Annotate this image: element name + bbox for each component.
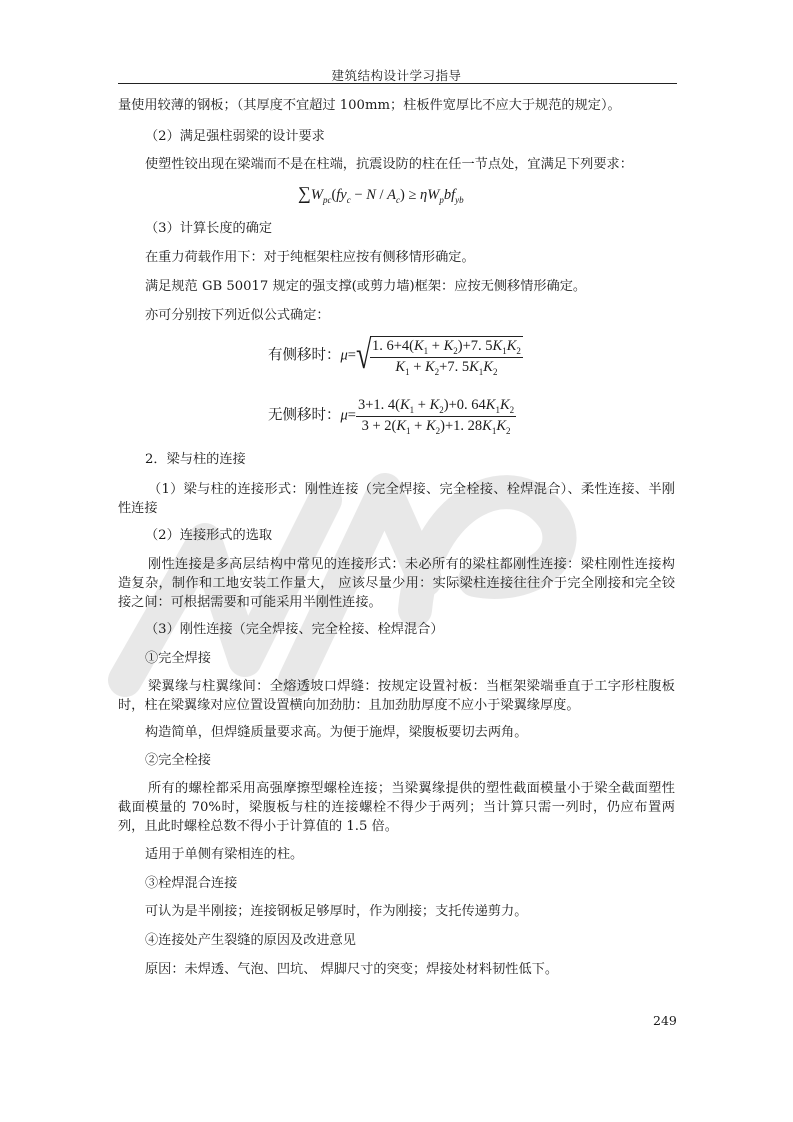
nonsway-formula: 无侧移时：μ=3+1. 4(K1 + K2)+0. 64K1K23 + 2(K1…: [268, 397, 516, 436]
sway-label: 有侧移时：: [268, 348, 341, 364]
subheading: ②完全栓接: [145, 751, 211, 770]
paragraph: 适用于单侧有梁相连的柱。: [145, 845, 303, 864]
paragraph: 构造简单，但焊缝质量要求高。为便于施焊，梁腹板要切去两角。: [145, 723, 527, 742]
paragraph: 可认为是半刚接；连接钢板足够厚时，作为刚接；支托传递剪力。: [145, 902, 527, 921]
subheading: （3）计算长度的确定: [145, 219, 272, 238]
paragraph: 使塑性铰出现在梁端而不是在柱端，抗震设防的柱在任一节点处，宜满足下列要求：: [145, 155, 633, 174]
nonsway-label: 无侧移时：: [268, 408, 341, 424]
subheading: ①完全焊接: [145, 649, 211, 668]
subheading: ④连接处产生裂缝的原因及改进意见: [145, 931, 356, 950]
paragraph: 所有的螺栓都采用高强摩擦型螺栓连接；当梁翼缘提供的塑性截面模量小于梁全截面塑性截…: [118, 779, 675, 836]
paragraph: 梁翼缘与柱翼缘间：全熔透坡口焊缝：按规定设置衬板：当框架梁端垂直于工字形柱腹板时…: [118, 677, 675, 715]
strong-column-formula: ∑Wpc(fyc − N / Ac) ≥ ηWpbfyb: [298, 183, 464, 205]
paragraph: 在重力荷载作用下：对于纯框架柱应按有侧移情形确定。: [145, 248, 475, 267]
sway-formula: 有侧移时：μ=√1. 6+4(K1 + K2)+7. 5K1K2K1 + K2+…: [268, 336, 523, 377]
subheading: （3）刚性连接（完全焊接、完全栓接、栓焊混合）: [145, 620, 444, 639]
subheading: （2）连接形式的选取: [145, 526, 272, 545]
subheading: （2）满足强柱弱梁的设计要求: [145, 127, 325, 146]
paragraph: 亦可分别按下列近似公式确定：: [145, 306, 330, 325]
paragraph: 量使用较薄的钢板；（其厚度不宜超过 100mm；柱板件宽厚比不应大于规范的规定）…: [118, 96, 621, 115]
header-divider: [118, 83, 677, 84]
paragraph: 刚性连接是多高层结构中常见的连接形式：未必所有的梁柱都刚性连接：梁柱刚性连接构造…: [118, 555, 675, 612]
paragraph: （1）梁与柱的连接形式：刚性连接（完全焊接、完全栓接、栓焊混合）、柔性连接、半刚…: [118, 480, 675, 518]
running-header: 建筑结构设计学习指导: [118, 66, 675, 84]
section-heading: 2．梁与柱的连接: [145, 450, 246, 469]
page-number: 249: [653, 1013, 677, 1028]
paragraph: 满足规范 GB 50017 规定的强支撑(或剪力墙)框架：应按无侧移情形确定。: [145, 277, 586, 296]
paragraph: 原因：未焊透、气泡、凹坑、 焊脚尺寸的突变；焊接处材料韧性低下。: [145, 960, 558, 979]
subheading: ③栓焊混合连接: [145, 874, 237, 893]
